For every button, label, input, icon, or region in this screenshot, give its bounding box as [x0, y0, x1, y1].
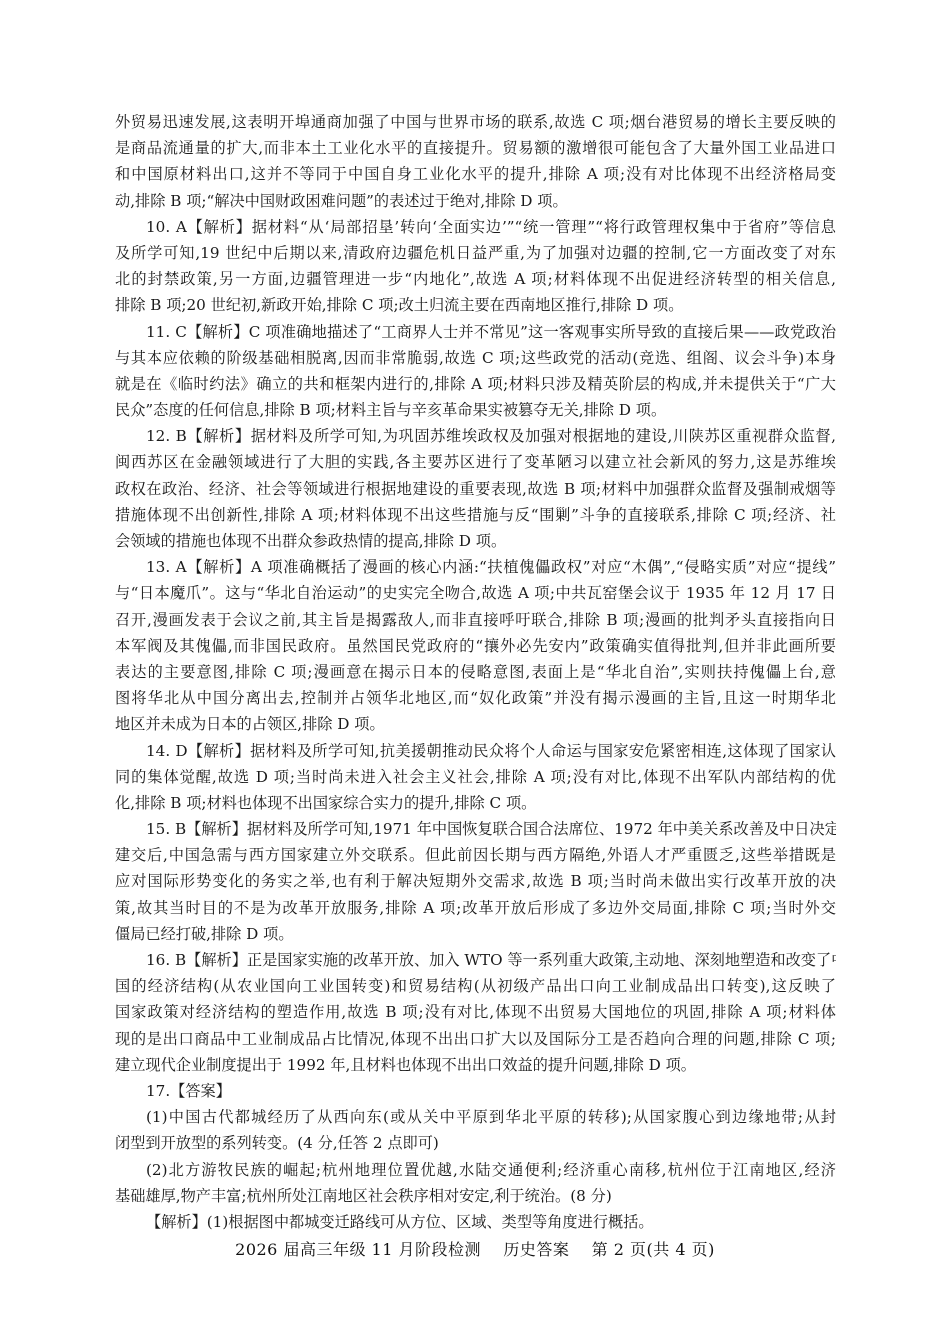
- text-line: 是商品流通量的扩大,而非本土工业化水平的直接提升。贸易额的激增很可能包含了大量外…: [115, 135, 836, 161]
- answer-q14: 14. D【解析】据材料及所学可知,抗美援朝推动民众将个人命运与国家安危紧密相连…: [115, 738, 836, 817]
- answer-q17-part1: (1)中国古代都城经历了从西向东(或从关中平原到华北平原的转移);从国家腹心到边…: [115, 1104, 836, 1156]
- text-line: 【解析】(1)根据图中都城变迁路线可从方位、区域、类型等角度进行概括。: [115, 1209, 836, 1235]
- text-line: 召开,漫画发表于会议之前,其主旨是揭露敌人,而非直接呼吁联合,排除 B 项;漫画…: [115, 607, 836, 633]
- text-line: (1)中国古代都城经历了从西向东(或从关中平原到华北平原的转移);从国家腹心到边…: [115, 1104, 836, 1130]
- text-line: 地区并未成为日本的占领区,排除 D 项。: [115, 711, 836, 737]
- text-line: 民众”态度的任何信息,排除 B 项;材料主旨与辛亥革命果实被篡夺无关,排除 D …: [115, 397, 836, 423]
- text-line: 建交后,中国急需与西方国家建立外交联系。但此前因长期与西方隔绝,外语人才严重匮乏…: [115, 842, 836, 868]
- text-line: 动,排除 B 项;“解决中国财政困难问题”的表述过于绝对,排除 D 项。: [115, 188, 836, 214]
- text-line: 现的是出口商品中工业制成品占比情况,体现不出出口扩大以及国际分工是否趋向合理的问…: [115, 1026, 836, 1052]
- answer-q10: 10. A【解析】据材料“从‘局部招垦’转向‘全面实边’”“统一管理”“将行政管…: [115, 214, 836, 319]
- answer-q17-heading: 17.【答案】: [115, 1078, 836, 1104]
- text-line: 13. A【解析】A 项准确概括了漫画的核心内涵:“扶植傀儡政权”对应“木偶”,…: [115, 554, 836, 580]
- text-line: 10. A【解析】据材料“从‘局部招垦’转向‘全面实边’”“统一管理”“将行政管…: [115, 214, 836, 240]
- text-line: 基础雄厚,物产丰富;杭州所处江南地区社会秩序相对安定,利于统治。(8 分): [115, 1183, 836, 1209]
- text-line: 就是在《临时约法》确立的共和框架内进行的,排除 A 项;材料只涉及精英阶层的构成…: [115, 371, 836, 397]
- answer-q15: 15. B【解析】据材料及所学可知,1971 年中国恢复联合国合法席位、1972…: [115, 816, 836, 947]
- text-line: 15. B【解析】据材料及所学可知,1971 年中国恢复联合国合法席位、1972…: [115, 816, 836, 842]
- text-line: 建立现代企业制度提出于 1992 年,且材料也体现不出出口效益的提升问题,排除 …: [115, 1052, 836, 1078]
- text-line: 策,故其当时目的不是为改革开放服务,排除 A 项;改革开放后形成了多边外交局面,…: [115, 895, 836, 921]
- text-line: 11. C【解析】C 项准确地描述了“工商界人士并不常见”这一客观事实所导致的直…: [115, 319, 836, 345]
- text-line: 闭型到开放型的系列转变。(4 分,任答 2 点即可): [115, 1130, 836, 1156]
- answer-q17-analysis: 【解析】(1)根据图中都城变迁路线可从方位、区域、类型等角度进行概括。: [115, 1209, 836, 1235]
- text-line: 12. B【解析】据材料及所学可知,为巩固苏维埃政权及加强对根据地的建设,川陕苏…: [115, 423, 836, 449]
- answer-q9-continued: 外贸易迅速发展,这表明开埠通商加强了中国与世界市场的联系,故选 C 项;烟台港贸…: [115, 109, 836, 214]
- answer-q11: 11. C【解析】C 项准确地描述了“工商界人士并不常见”这一客观事实所导致的直…: [115, 319, 836, 424]
- text-line: 北的封禁政策,另一方面,边疆管理进一步“内地化”,故选 A 项;材料体现不出促进…: [115, 266, 836, 292]
- answer-q13: 13. A【解析】A 项准确概括了漫画的核心内涵:“扶植傀儡政权”对应“木偶”,…: [115, 554, 836, 737]
- text-line: 化,排除 B 项;材料也体现不出国家综合实力的提升,排除 C 项。: [115, 790, 836, 816]
- answer-q16: 16. B【解析】正是国家实施的改革开放、加入 WTO 等一系列重大政策,主动地…: [115, 947, 836, 1078]
- text-line: 外贸易迅速发展,这表明开埠通商加强了中国与世界市场的联系,故选 C 项;烟台港贸…: [115, 109, 836, 135]
- text-line: 16. B【解析】正是国家实施的改革开放、加入 WTO 等一系列重大政策,主动地…: [115, 947, 836, 973]
- text-line: 图将华北从中国分离出去,控制并占领华北地区,而“奴化政策”并没有揭示漫画的主旨,…: [115, 685, 836, 711]
- text-line: 同的集体觉醒,故选 D 项;当时尚未进入社会主义社会,排除 A 项;没有对比,体…: [115, 764, 836, 790]
- answer-document: 外贸易迅速发展,这表明开埠通商加强了中国与世界市场的联系,故选 C 项;烟台港贸…: [115, 109, 836, 1235]
- text-line: 政权在政治、经济、社会等领域进行根据地建设的重要表现,故选 B 项;材料中加强群…: [115, 476, 836, 502]
- text-line: 应对国际形势变化的务实之举,也有利于解决短期外交需求,故选 B 项;当时尚未做出…: [115, 868, 836, 894]
- text-line: 国家政策对经济结构的塑造作用,故选 B 项;没有对比,体现不出贸易大国地位的巩固…: [115, 999, 836, 1025]
- text-line: 会领域的措施也体现不出群众参政热情的提高,排除 D 项。: [115, 528, 836, 554]
- text-line: 措施体现不出创新性,排除 A 项;材料体现不出这些措施与反“围剿”斗争的直接联系…: [115, 502, 836, 528]
- text-line: 与“日本魔爪”。这与“华北自治运动”的史实完全吻合,故选 A 项;中共瓦窑堡会议…: [115, 580, 836, 606]
- text-line: 与其本应依赖的阶级基础相脱离,因而非常脆弱,故选 C 项;这些政党的活动(竞选、…: [115, 345, 836, 371]
- text-line: 僵局已经打破,排除 D 项。: [115, 921, 836, 947]
- page-footer: 2026 届高三年级 11 月阶段检测 历史答案 第 2 页(共 4 页): [0, 1237, 950, 1260]
- section-heading: 17.【答案】: [115, 1078, 836, 1104]
- text-line: 闽西苏区在金融领域进行了大胆的实践,各主要苏区进行了变革陋习以建立社会新风的努力…: [115, 449, 836, 475]
- answer-q17-part2: (2)北方游牧民族的崛起;杭州地理位置优越,水陆交通便利;经济重心南移,杭州位于…: [115, 1157, 836, 1209]
- text-line: 和中国原材料出口,这并不等同于中国自身工业化水平的提升,排除 A 项;没有对比体…: [115, 161, 836, 187]
- text-line: 国的经济结构(从农业国向工业国转变)和贸易结构(从初级产品出口向工业制成品出口转…: [115, 973, 836, 999]
- text-line: 排除 B 项;20 世纪初,新政开始,排除 C 项;改土归流主要在西南地区推行,…: [115, 292, 836, 318]
- text-line: 及所学可知,19 世纪中后期以来,清政府边疆危机日益严重,为了加强对边疆的控制,…: [115, 240, 836, 266]
- text-line: 表达的主要意图,排除 C 项;漫画意在揭示日本的侵略意图,表面上是“华北自治”,…: [115, 659, 836, 685]
- text-line: (2)北方游牧民族的崛起;杭州地理位置优越,水陆交通便利;经济重心南移,杭州位于…: [115, 1157, 836, 1183]
- answer-q12: 12. B【解析】据材料及所学可知,为巩固苏维埃政权及加强对根据地的建设,川陕苏…: [115, 423, 836, 554]
- text-line: 本军阀及其傀儡,而非国民政府。虽然国民党政府的“攘外必先安内”政策确实值得批判,…: [115, 633, 836, 659]
- text-line: 14. D【解析】据材料及所学可知,抗美援朝推动民众将个人命运与国家安危紧密相连…: [115, 738, 836, 764]
